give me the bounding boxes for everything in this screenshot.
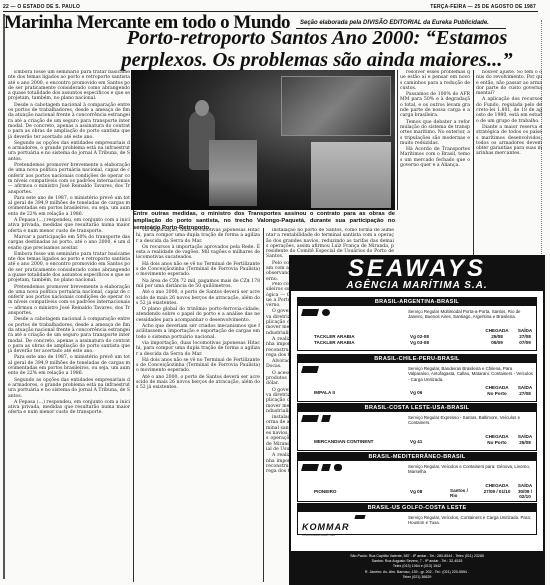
arrival-header: CHEGADA [482,434,512,439]
article-column-2: via importação, duas locomotivas japones… [136,228,260,580]
paragraph: Acho que deveriam ser criados mecanismos… [136,324,260,340]
partner-logo-icon [321,415,331,422]
paragraph: Para este ano de 1987, o ministério prev… [8,196,130,217]
table [311,142,391,208]
arrival-date: 05/09 [482,340,512,345]
paragraph: houver ajuste. Só tem o ônus do revolvim… [476,70,542,96]
route-service: Serviço Regular Expresso - Santos, Balti… [408,415,534,426]
departure-header: SAÍDA [514,434,536,439]
departure-header: SAÍDA [514,328,536,333]
article-column-4: resolver esses problemas que estão aí e … [400,70,470,282]
partner-logo-icon [321,464,331,471]
paragraph: Segundo as opções das entidades empresar… [8,378,130,399]
ad-footer: São Paulo: Rua Capitão Valente, 587 - 8º… [291,551,543,583]
departure-date: 07/09 [514,340,536,345]
seaways-advertisement: SEAWAYS AGÊNCIA MARÍTIMA S.A. BRASIL-ARG… [289,255,545,585]
speaker-head [195,100,209,116]
voyage: Vg 03-08 [410,340,429,345]
arrival-header: CHEGADA [482,328,512,333]
section-credit: Seção elaborada pela DIVISÃO EDITORIAL d… [300,20,489,26]
paragraph: Desde a cabotagem nacional à comparação … [8,317,130,354]
route-usa-east-coast: BRASIL-COSTA LESTE-USA-BRASIL Serviço Re… [297,403,537,451]
arrival-date: No Porto [482,440,512,445]
carrier-logos [302,415,402,433]
paragraph: Há dois anos não se vê no Terminal de Fe… [136,358,260,374]
ship-name: TACKLER ARABIA [314,340,355,345]
paragraph: A aplicação dos recursos do Fundo, regul… [476,97,542,123]
kommar-logo: KOMMAR [302,522,350,532]
paragraph: Na área de CZ$ 72 mil, pagamos mais de C… [136,279,260,290]
paragraph: Até o ano 2000, o porto de Santos deverá… [136,375,260,391]
route-title: BRASIL-ARGENTINA-BRASIL [298,298,536,306]
ad-company: AGÊNCIA MARÍTIMA S.A. [291,281,543,291]
ship-name: MERCANDIAN CONTINENT [314,439,373,444]
voyage: Vg 06 [410,390,422,395]
schedule: CHEGADA SAÍDA PIONEIRO Vg 08 Santos / Ri… [298,483,536,501]
departure-header: SAÍDA [514,483,536,488]
column-rule [397,70,398,210]
ship-name: IMPALA II [314,390,335,395]
voyage: Vg 02-08 [410,334,429,339]
departure-date: 27/08 [514,334,536,339]
paragraph: via importação, duas locomotivas japones… [136,341,260,357]
route-service: Serviço Regular, Bandeiras Brasileira e … [408,366,534,382]
paragraph: Desde a cabotagem nacional à comparação … [8,103,130,140]
ship-name: PIONEIRO [314,489,336,494]
route-argentina: BRASIL-ARGENTINA-BRASIL Serviço Regular … [297,297,537,351]
route-mediterranean: BRASIL-MEDITERRÂNEO-BRASIL Serviço Regul… [297,452,537,502]
paragraph: A Fepasa (...) respondeu, em conjunto co… [8,400,130,416]
paragraph: Os recursos à importação aprovados pela … [136,245,260,261]
arrival-date: 27/09 / 01/10 [482,489,512,494]
page-number: 22 [3,4,9,10]
paragraph: Passamos de 100% do AFRMM para 50% e à d… [400,92,470,118]
departure-header: SAÍDA [514,385,536,390]
page-folio: 22 — O ESTADO DE S. PAULO [3,4,80,10]
route-service: Serviço Regular, Veículos, Containers e … [408,515,534,526]
departure-date: 25/08 [514,440,536,445]
voyage: Vg 41 [410,439,422,444]
route-title: BRASIL-COSTA LESTE-USA-BRASIL [298,404,536,412]
date-line: TERÇA-FEIRA — 25 DE AGOSTO DE 1987 [430,4,536,10]
article-column-1: Embora fosse um seminário para tratar ba… [8,70,130,580]
departure-date: 30/09 / 02/10 [514,489,536,500]
arrival-date: No Porto [482,391,512,396]
ad-header: SEAWAYS AGÊNCIA MARÍTIMA S.A. [291,257,543,291]
ad-brand: SEAWAYS [291,257,543,281]
carrier-logos: KOMMAR COMPANHIA MARÍTIMA [302,515,402,533]
departure-date: 27/08 [514,391,536,396]
kommar-mark-icon [354,515,365,519]
paragraph: Marcar a participação em 50% do transpor… [8,235,130,251]
carrier-logo-icon [301,366,319,373]
projection-screen [281,76,391,136]
paragraph: Há Acordo de Transportes Marítimos com o… [400,147,470,168]
article-headline: Porto-retroporto Santos Ano 2000: “Estam… [92,27,542,71]
carrier-logos [302,309,402,327]
carrier-logo-icon [301,309,319,316]
route-service: Serviço Regular, Veículos e Containers p… [408,464,534,475]
route-title: BRASIL-MEDITERRÂNEO-BRASIL [298,453,536,461]
schedule: CHEGADA SAÍDA TACKLER ARABIA Vg 02-08 25… [298,328,536,350]
ship-name: TACKLER ARABIA [314,334,355,339]
column-rule [133,210,134,582]
carrier-logos [302,464,402,482]
column-rule [263,228,264,582]
newspaper-name: O ESTADO DE S. PAULO [17,4,80,10]
paragraph: Embora fosse um seminário para tratar ba… [8,252,130,284]
paragraph: O plano global do trinômio porto-ferrovi… [136,307,260,323]
carrier-logos [302,366,402,384]
paragraph: resolver esses problemas que estão aí e … [400,70,470,91]
podium [209,140,257,206]
paragraph: Pretendemos promover brevemente a elabor… [8,163,130,195]
route-title: BRASIL-US GOLFO-COSTA LESTE [298,504,536,512]
column-rule [473,70,474,255]
carrier-logo-icon [301,464,319,471]
arrival-header: CHEGADA [482,483,512,488]
carrier-logo-icon [301,415,319,422]
newspaper-page: 22 — O ESTADO DE S. PAULO TERÇA-FEIRA — … [0,0,550,585]
route-chile-peru: BRASIL-CHILE-PERU-BRASIL Serviço Regular… [297,354,537,402]
route-service: Serviço Regular Multimodal Porta-a-Porta… [408,309,534,320]
arrival-header: CHEGADA [482,385,512,390]
port: Santos / Rio [450,488,474,499]
voyage: Vg 08 [410,489,422,494]
paragraph: Há dois anos não se vê no Terminal de Fe… [136,262,260,278]
paragraph: Pretendemos promover brevemente a elabor… [8,285,130,317]
schedule: CHEGADA SAÍDA MERCANDIAN CONTINENT Vg 41… [298,434,536,450]
paragraph: Para este ano de 1987, o ministério prev… [8,355,130,376]
paragraph: Temos que debater a reformulação do sist… [400,120,470,146]
left-margin-bar [3,14,5,579]
paragraph: Embora fosse um seminário para tratar ba… [8,70,130,102]
paragraph: A Fepasa (...) respondeu, em conjunto co… [8,218,130,234]
paragraph: Diante a maior reserva estratégica de to… [476,125,542,157]
paragraph: Segundo as opções das entidades empresar… [8,141,130,162]
kommar-subtitle: COMPANHIA MARÍTIMA [302,534,402,538]
article-column-5: houver ajuste. Só tem o ônus do revolvim… [476,70,542,255]
shield-logo-icon [334,464,342,471]
paragraph: Até o ano 2000, o porto de Santos deverá… [136,290,260,306]
arrival-date: 25/08 [482,334,512,339]
telex-rio: Telex (021) 36629 [291,575,543,580]
route-us-gulf: BRASIL-US GOLFO-COSTA LESTE KOMMAR COMPA… [297,503,537,535]
article-photo [131,70,395,210]
schedule: CHEGADA SAÍDA IMPALA II Vg 06 No Porto 2… [298,385,536,401]
star-logo-icon [322,309,330,316]
route-title: BRASIL-CHILE-PERU-BRASIL [298,355,536,363]
